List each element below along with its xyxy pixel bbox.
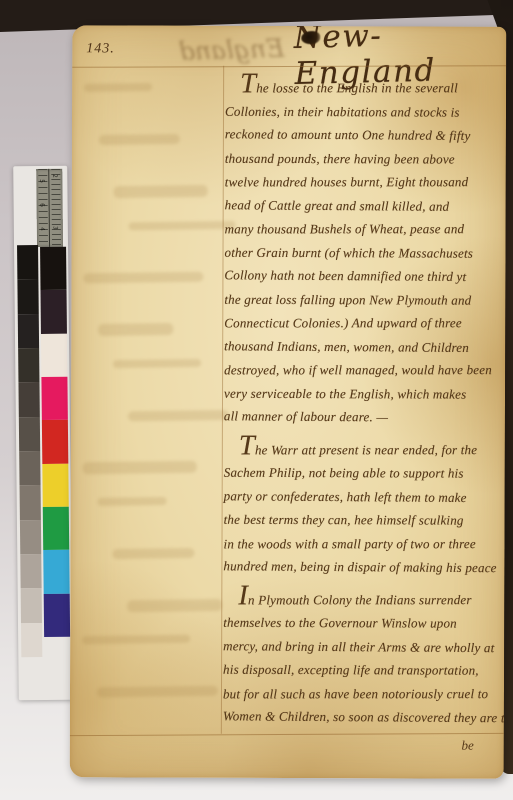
calibration-card: 56423 [13,166,73,701]
ruler-number: 6 [38,203,44,207]
color-patch-yellow [42,463,68,507]
bleedthrough-smudge [83,272,203,284]
manuscript-line: hundred men, being in dispair of making … [223,554,504,579]
grayscale-step [20,485,41,520]
manuscript-line: all manner of labour deare. — [224,404,505,429]
manuscript-line: reckoned to amount unto One hundred & fi… [225,122,506,147]
grayscale-step [19,417,40,452]
ruler-number: 2 [51,174,57,178]
manuscript-line: the best terms they can, hee himself scu… [224,508,505,532]
grayscale-strip [17,245,42,657]
grayscale-step [20,520,41,555]
manuscript-line: twelve hundred houses burnt, Eight thous… [225,170,506,194]
bleedthrough-smudge [99,134,180,145]
patch-strip [40,247,70,637]
manuscript-line: In Plymouth Colony the Indians surrender [223,588,504,612]
ruler-ticks-right [51,169,61,247]
manuscript-line: mercy, and bring in all their Arms & are… [223,634,504,659]
ruler-number: 5 [38,179,44,183]
grayscale-step [17,245,38,280]
bleedthrough-smudge [112,548,194,559]
ruler-number: 3 [52,226,58,230]
manuscript-line: the great loss falling upon New Plymouth… [224,287,505,311]
manuscript-line: very serviceable to the English, which m… [224,381,505,405]
manuscript-line: Connecticut Colonies.) And upward of thr… [224,311,505,335]
bottom-rule-line [70,733,504,736]
photo-stage: 56423 England 143. New-England The losse… [0,0,513,800]
bleedthrough-smudge [98,323,173,336]
bleedthrough-smudge [114,185,208,198]
grayscale-step [20,554,41,589]
manuscript-line: many thousand Bushels of Wheat, pease an… [225,217,506,241]
grayscale-step [17,279,38,314]
color-patch-cyan [43,550,69,594]
manuscript-line: Collonies, in their habitations and stoc… [225,99,506,123]
bleedthrough-smudge [84,83,152,92]
bleedthrough-smudge [82,635,190,645]
manuscript-line: but for all such as have been notoriousl… [223,682,504,706]
grayscale-step [18,382,39,417]
title-offset-smudge: England [152,34,285,67]
grayscale-step [21,623,42,658]
text-block: The losse to the English in the severall… [223,76,506,729]
page-number: 143. [86,41,115,57]
grayscale-step [18,348,39,383]
manuscript-line: his disposall, excepting life and transp… [223,658,504,682]
bleedthrough-smudge [98,497,167,506]
color-patch-black [40,247,66,291]
paragraph: The Warr att present is near ended, for … [223,437,504,579]
manuscript-line: Women & Children, so soon as discovered … [223,704,504,729]
manuscript-line: party or confederates, hath left them to… [224,484,505,509]
bleedthrough-smudge [129,221,236,230]
ruler: 56423 [36,169,63,247]
color-patch-red [42,420,68,464]
manuscript-line: other Grain burnt (of which the Massachu… [224,240,505,264]
grayscale-step [18,314,39,349]
ruler-number: 4 [39,227,45,231]
manuscript-line: Collony hath not been damnified one thir… [224,263,505,288]
grayscale-step [19,451,40,486]
color-patch-blue-violet [44,593,70,637]
bleedthrough-smudge [97,686,218,698]
ink-blot [301,31,320,44]
color-patch-magenta [41,377,67,421]
paragraph: The losse to the English in the severall… [224,76,506,429]
bleedthrough [78,83,220,729]
bleedthrough-smudge [83,461,197,475]
catchword: be [461,738,473,754]
manuscript-line: thousand pounds, there having been above [225,146,506,170]
manuscript-line: thousand Indians, men, women, and Childr… [224,334,505,359]
manuscript-line: head of Cattle great and small killed, a… [225,193,506,218]
manuscript-line: in the woods with a small party of two o… [223,532,504,556]
grayscale-step [21,588,42,623]
bleedthrough-smudge [113,359,201,368]
ruler-center-line [48,169,50,247]
manuscript-line: themselves to the Governour Winslow upon [223,611,504,635]
manuscript-line: The Warr att present is near ended, for … [224,438,505,462]
color-patch-white [41,333,67,377]
color-patch-green [43,507,69,551]
manuscript-line: The losse to the English in the severall [225,76,506,100]
bleedthrough-smudge [128,410,229,421]
manuscript-line: Sachem Philip, not being able to support… [224,461,505,485]
color-patch-dark-maroon [41,290,67,334]
manuscript-page: England 143. New-England The losse to th… [70,25,507,779]
bleedthrough-smudge [127,599,222,612]
manuscript-line: destroyed, who if well managed, would ha… [224,358,505,382]
paragraph: In Plymouth Colony the Indians surrender… [223,587,504,729]
